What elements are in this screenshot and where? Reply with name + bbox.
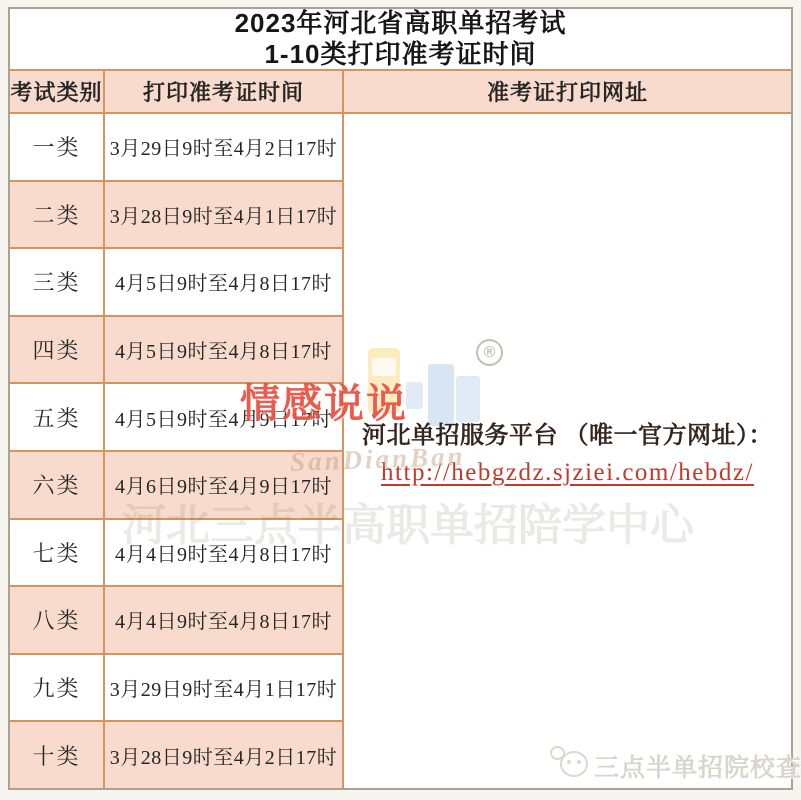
page-title: 2023年河北省高职单招考试 1-10类打印准考证时间 [10, 9, 791, 71]
header-print-time: 打印准考证时间 [105, 71, 342, 112]
time-cell: 4月4日9时至4月8日17时 [115, 605, 332, 634]
category-cell: 四类 [32, 334, 80, 365]
watermark-red-text: 情感说说 [240, 372, 408, 429]
category-cell: 六类 [32, 469, 80, 500]
time-cell: 3月28日9时至4月2日17时 [110, 741, 338, 770]
header-print-url: 准考证打印网址 [344, 71, 791, 114]
registered-trademark-icon: ® [476, 339, 503, 366]
category-cell: 十类 [32, 740, 80, 771]
watermark-center-text: 河北三点半高职单招陪学中心 [122, 489, 694, 553]
table-row: 九类3月29日9时至4月1日17时 [10, 655, 342, 723]
table-row: 一类3月29日9时至4月2日17时 [10, 114, 342, 182]
time-cell: 4月5日9时至4月8日17时 [115, 335, 332, 364]
table-right-column: 准考证打印网址 ® 河北单招服务平台 （唯一官方网址）： http://hebg… [342, 71, 791, 788]
table-row: 二类3月28日9时至4月1日17时 [10, 182, 342, 250]
table-grid: 考试类别 打印准考证时间 一类3月29日9时至4月2日17时二类3月28日9时至… [10, 71, 791, 788]
logo-watermark-blue-block-left [406, 382, 423, 409]
category-cell: 三类 [32, 266, 80, 297]
table-row: 三类4月5日9时至4月8日17时 [10, 249, 342, 317]
page: 2023年河北省高职单招考试 1-10类打印准考证时间 考试类别 打印准考证时间… [0, 0, 801, 800]
watermark-bottom-right-text: 三点半单招院校查询 [594, 748, 801, 784]
category-cell: 八类 [32, 604, 80, 635]
page-title-line2: 1-10类打印准考证时间 [264, 40, 536, 69]
category-cell: 九类 [32, 672, 80, 703]
category-cell: 二类 [32, 199, 80, 230]
table-row: 十类3月28日9时至4月2日17时 [10, 722, 342, 788]
chat-face-icon [549, 744, 591, 786]
chat-face-eye-right [577, 760, 581, 764]
category-cell: 七类 [32, 537, 80, 568]
time-cell: 3月28日9时至4月1日17时 [110, 200, 338, 229]
time-cell: 3月29日9时至4月2日17时 [110, 132, 338, 161]
header-exam-category: 考试类别 [10, 71, 105, 112]
chat-face-eye-left [567, 760, 571, 764]
watermark-script-text: SanDianBan [290, 441, 467, 478]
table-header-row: 考试类别 打印准考证时间 [10, 71, 342, 114]
table-left-columns: 考试类别 打印准考证时间 一类3月29日9时至4月2日17时二类3月28日9时至… [10, 71, 342, 788]
chat-bubble-small [550, 746, 565, 760]
category-cell: 一类 [32, 131, 80, 162]
page-title-line1: 2023年河北省高职单招考试 [235, 9, 567, 38]
category-cell: 五类 [32, 402, 80, 433]
time-cell: 4月5日9时至4月8日17时 [115, 267, 332, 296]
table-row: 八类4月4日9时至4月8日17时 [10, 587, 342, 655]
time-cell: 3月29日9时至4月1日17时 [110, 673, 338, 702]
